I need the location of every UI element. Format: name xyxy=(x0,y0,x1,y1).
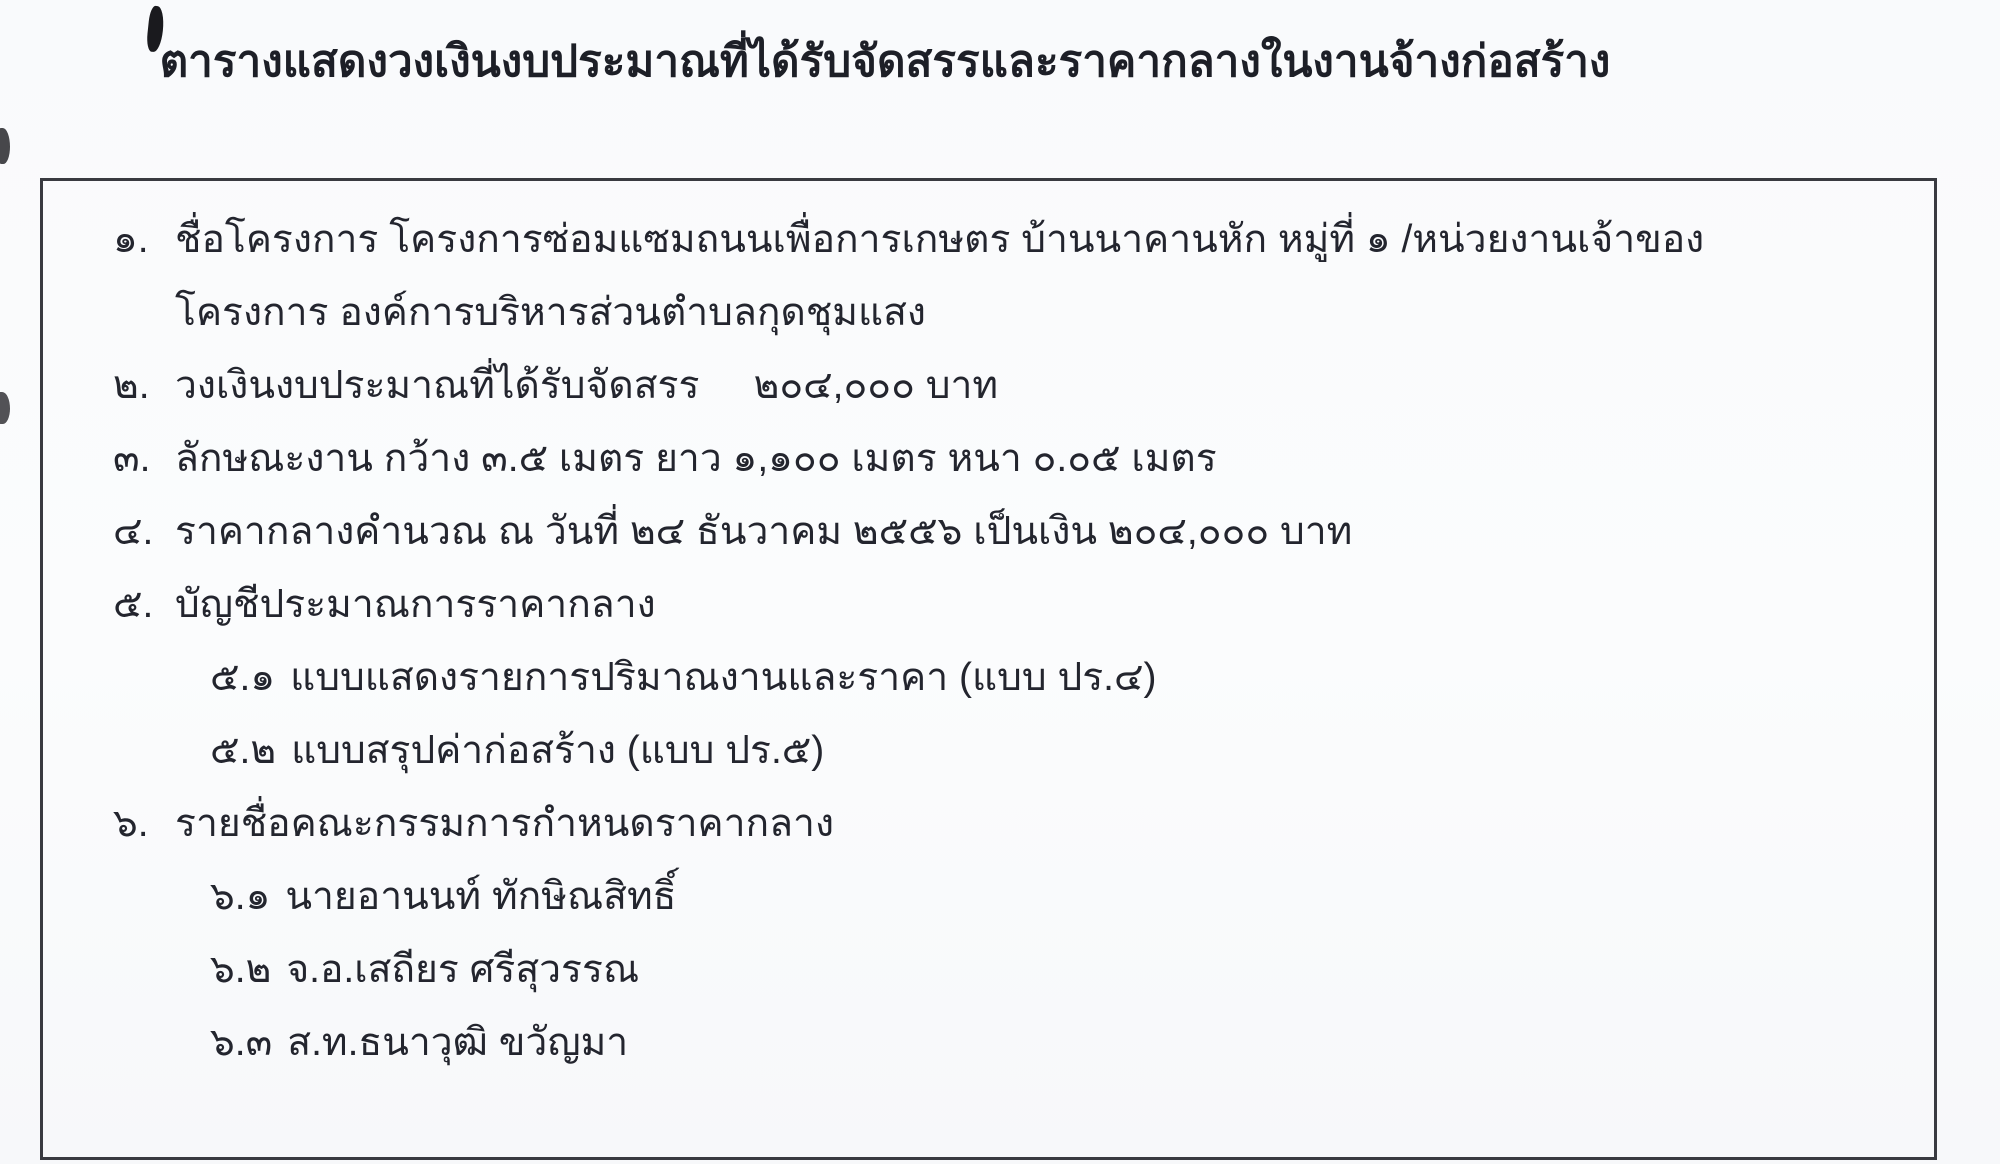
item-text: นายอานนท์ ทักษิณสิทธิ์ xyxy=(285,865,676,927)
list-item: ๒. วงเงินงบประมาณที่ได้รับจัดสรร ๒๐๔,๐๐๐… xyxy=(43,348,1934,421)
item-text: วงเงินงบประมาณที่ได้รับจัดสรร ๒๐๔,๐๐๐ บา… xyxy=(175,354,998,416)
item-text: แบบแสดงรายการปริมาณงานและราคา (แบบ ปร.๔) xyxy=(290,646,1156,708)
item-number: ๖.๑ xyxy=(210,865,270,927)
list-item: ๕. บัญชีประมาณการราคากลาง xyxy=(43,567,1934,640)
list-item: ๔. ราคากลางคำนวณ ณ วันที่ ๒๔ ธันวาคม ๒๕๕… xyxy=(43,494,1934,567)
list-item: ๓. ลักษณะงาน กว้าง ๓.๕ เมตร ยาว ๑,๑๐๐ เม… xyxy=(43,421,1934,494)
list-item: ๖. รายชื่อคณะกรรมการกำหนดราคากลาง xyxy=(43,786,1934,859)
item-text: จ.อ.เสถียร ศรีสุวรรณ xyxy=(286,938,639,1000)
scanned-document-page: ตารางแสดงวงเงินงบประมาณที่ได้รับจัดสรรแล… xyxy=(0,0,2000,1164)
item-text: รายชื่อคณะกรรมการกำหนดราคากลาง xyxy=(175,792,834,854)
item-number: ๕. xyxy=(113,573,175,635)
list-item: ๑. ชื่อโครงการ โครงการซ่อมแซมถนนเพื่อการ… xyxy=(43,202,1934,275)
item-number: ๖. xyxy=(113,792,175,854)
list-item: ๖.๒ จ.อ.เสถียร ศรีสุวรรณ xyxy=(43,932,1934,1005)
document-title: ตารางแสดงวงเงินงบประมาณที่ได้รับจัดสรรแล… xyxy=(0,26,1770,96)
list-item: ๖.๑ นายอานนท์ ทักษิณสิทธิ์ xyxy=(43,859,1934,932)
list-item: โครงการ องค์การบริหารส่วนตำบลกุดชุมแสง xyxy=(43,275,1934,348)
item-number: ๖.๒ xyxy=(210,938,271,1000)
item-text: โครงการ องค์การบริหารส่วนตำบลกุดชุมแสง xyxy=(175,281,926,343)
item-number: ๓. xyxy=(113,427,175,489)
content-box: ๑. ชื่อโครงการ โครงการซ่อมแซมถนนเพื่อการ… xyxy=(40,178,1937,1160)
scan-artifact xyxy=(0,392,10,424)
item-number: ๔. xyxy=(113,500,175,562)
item-text: ลักษณะงาน กว้าง ๓.๕ เมตร ยาว ๑,๑๐๐ เมตร … xyxy=(175,427,1217,489)
item-list: ๑. ชื่อโครงการ โครงการซ่อมแซมถนนเพื่อการ… xyxy=(43,181,1934,1078)
item-number: ๖.๓ xyxy=(210,1011,272,1073)
item-number: ๑. xyxy=(113,208,175,270)
item-text: ชื่อโครงการ โครงการซ่อมแซมถนนเพื่อการเกษ… xyxy=(175,208,1704,270)
item-number: ๒. xyxy=(113,354,175,416)
item-text: ส.ท.ธนาวุฒิ ขวัญมา xyxy=(287,1011,628,1073)
scan-artifact xyxy=(0,128,10,164)
item-number: ๕.๒ xyxy=(210,719,276,781)
item-text: แบบสรุปค่าก่อสร้าง (แบบ ปร.๕) xyxy=(291,719,824,781)
list-item: ๖.๓ ส.ท.ธนาวุฒิ ขวัญมา xyxy=(43,1005,1934,1078)
item-text: ราคากลางคำนวณ ณ วันที่ ๒๔ ธันวาคม ๒๕๕๖ เ… xyxy=(175,500,1352,562)
list-item: ๕.๒ แบบสรุปค่าก่อสร้าง (แบบ ปร.๕) xyxy=(43,713,1934,786)
list-item: ๕.๑ แบบแสดงรายการปริมาณงานและราคา (แบบ ป… xyxy=(43,640,1934,713)
item-number: ๕.๑ xyxy=(210,646,275,708)
item-text: บัญชีประมาณการราคากลาง xyxy=(175,573,656,635)
